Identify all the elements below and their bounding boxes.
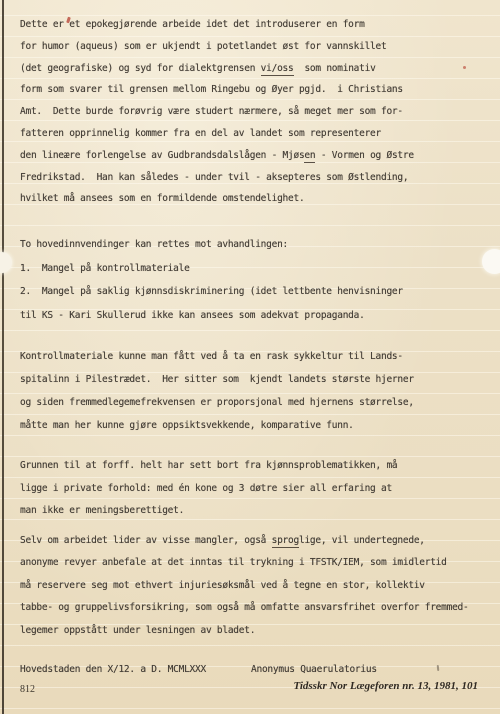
text-segment: den lineære forlengelse av Gudbrandsdals… — [20, 150, 304, 161]
text-segment: som nominativ — [294, 63, 376, 74]
text-line: og siden fremmedlegemefrekvensen er prop… — [20, 391, 486, 414]
text-segment: fatteren opprinnelig kommer fra en del a… — [20, 128, 381, 139]
ink-speck — [437, 665, 440, 671]
paragraph-grunnen: Grunnen til at forff. helt har sett bort… — [20, 455, 486, 523]
text-line: Selv om arbeidet lider av visse mangler,… — [20, 530, 486, 552]
footer-dateline: Hovedstaden den X/12. a D. MCMLXXX — [20, 664, 206, 675]
text-segment: må reservere seg mot ethvert injuriesøks… — [20, 580, 425, 591]
text-segment: Grunnen til at forff. helt har sett bort… — [20, 460, 397, 471]
text-segment: Kontrollmateriale kunne man fått ved å t… — [20, 351, 403, 362]
paragraph-anbefaling: Selv om arbeidet lider av visse mangler,… — [20, 530, 486, 642]
text-segment: Selv om arbeidet lider av visse mangler,… — [20, 535, 272, 546]
text-segment: til KS - Kari Skullerud ikke kan ansees … — [20, 310, 365, 321]
text-line: Kontrollmateriale kunne man fått ved å t… — [20, 345, 486, 368]
text-line: til KS - Kari Skullerud ikke kan ansees … — [20, 304, 486, 328]
text-segment: legemer oppstått under lesningen av blad… — [20, 625, 255, 636]
text-segment: To hovedinnvendinger kan rettes mot avha… — [20, 239, 288, 250]
text-segment: man ikke er meningsberettiget. — [20, 505, 184, 516]
text-line: tabbe- og gruppelivsforsikring, som også… — [20, 597, 486, 619]
text-line: 1. Mangel på kontrollmateriale — [20, 257, 486, 281]
text-segment: - Vormen og Østre — [315, 150, 413, 161]
text-segment: og siden fremmedlegemefrekvensen er prop… — [20, 397, 414, 408]
underlined-text: sprog — [272, 535, 299, 548]
text-segment: spitalinn i Pilestrædet. Her sitter som … — [20, 374, 414, 385]
paragraph-kontrollmateriale: Kontrollmateriale kunne man fått ved å t… — [20, 345, 486, 437]
text-segment: anonyme revyer anbefale at det inntas ti… — [20, 557, 447, 568]
text-segment: Dette er et epokegjørende arbeide idet d… — [20, 19, 365, 30]
text-segment: for humor (aqueus) som er ukjendt i pote… — [20, 41, 386, 52]
footer-signature: Anonymus Quaerulatorius — [251, 664, 377, 675]
scanned-document-page: Dette er et epokegjørende arbeide idet d… — [0, 0, 500, 714]
text-line: måtte man her kunne gjøre oppsiktsvekken… — [20, 414, 486, 437]
text-line: ligge i private forhold: med én kone og … — [20, 478, 486, 501]
text-segment: lige, vil undertegnede, — [299, 535, 425, 546]
punch-hole-left — [0, 252, 12, 273]
text-segment: tabbe- og gruppelivsforsikring, som også… — [20, 602, 469, 613]
text-line: må reservere seg mot ethvert injuriesøks… — [20, 575, 486, 597]
text-line: Amt. Dette burde forøvrig være studert n… — [20, 101, 486, 123]
underlined-text: vi/oss — [261, 63, 294, 76]
text-line: fatteren opprinnelig kommer fra en del a… — [20, 123, 486, 145]
text-segment: Fredrikstad. Han kan således - under tvi… — [20, 172, 408, 183]
text-line: hvilket må ansees som en formildende oms… — [20, 188, 486, 210]
text-line: spitalinn i Pilestrædet. Her sitter som … — [20, 368, 486, 391]
text-line: legemer oppstått under lesningen av blad… — [20, 620, 486, 642]
text-line: man ikke er meningsberettiget. — [20, 500, 486, 523]
text-segment: hvilket må ansees som en formildende oms… — [20, 193, 304, 204]
text-line: Grunnen til at forff. helt har sett bort… — [20, 455, 486, 478]
text-line: 2. Mangel på saklig kjønnsdiskriminering… — [20, 280, 486, 304]
binding-edge-line — [2, 0, 4, 714]
text-line: form som svarer til grensen mellom Ringe… — [20, 79, 486, 101]
text-line: den lineære forlengelse av Gudbrandsdals… — [20, 145, 486, 167]
footer-journal-reference: Tidsskr Nor Lægeforen nr. 13, 1981, 101 — [294, 680, 478, 692]
footer-page-number: 812 — [20, 684, 35, 695]
paragraph-objections: To hovedinnvendinger kan rettes mot avha… — [20, 233, 486, 328]
text-segment: form som svarer til grensen mellom Ringe… — [20, 84, 403, 95]
text-line: Dette er et epokegjørende arbeide idet d… — [20, 14, 486, 36]
text-segment: 2. Mangel på saklig kjønnsdiskriminering… — [20, 286, 403, 297]
text-segment: måtte man her kunne gjøre oppsiktsvekken… — [20, 420, 354, 431]
text-segment: ligge i private forhold: med én kone og … — [20, 483, 392, 494]
text-line: To hovedinnvendinger kan rettes mot avha… — [20, 233, 486, 257]
underlined-text: en — [304, 150, 315, 163]
text-line: for humor (aqueus) som er ukjendt i pote… — [20, 36, 486, 58]
paragraph-intro: Dette er et epokegjørende arbeide idet d… — [20, 14, 486, 210]
text-line: anonyme revyer anbefale at det inntas ti… — [20, 552, 486, 574]
text-line: (det geografiske) og syd for dialektgren… — [20, 58, 486, 80]
text-segment: 1. Mangel på kontrollmateriale — [20, 263, 190, 274]
text-line: Fredrikstad. Han kan således - under tvi… — [20, 167, 486, 189]
text-segment: (det geografiske) og syd for dialektgren… — [20, 63, 261, 74]
text-segment: Amt. Dette burde forøvrig være studert n… — [20, 106, 403, 117]
